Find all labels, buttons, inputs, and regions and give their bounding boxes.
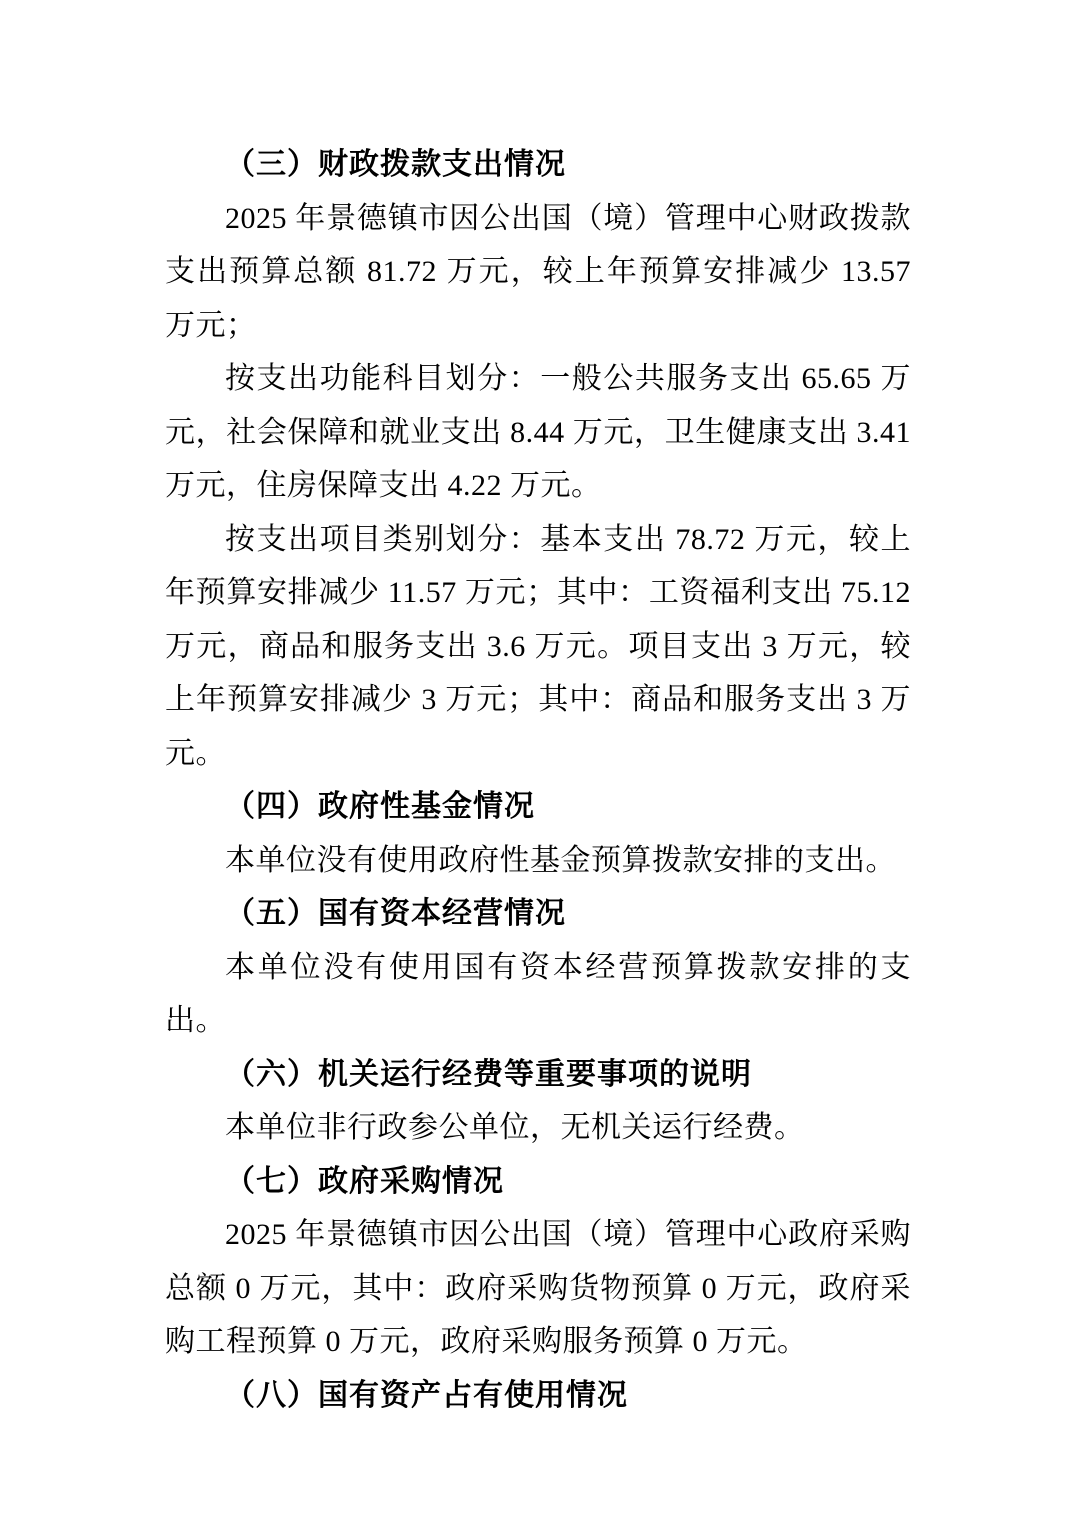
section-heading-state-assets-usage: （八）国有资产占有使用情况 bbox=[165, 1369, 911, 1423]
paragraph-expenditure-by-function: 按支出功能科目划分：一般公共服务支出 65.65 万元，社会保障和就业支出 8.… bbox=[165, 352, 911, 513]
section-heading-state-capital-operation: （五）国有资本经营情况 bbox=[165, 887, 911, 941]
paragraph-expenditure-by-project-category: 按支出项目类别划分：基本支出 78.72 万元，较上年预算安排减少 11.57 … bbox=[165, 513, 911, 781]
paragraph-government-procurement-detail: 2025 年景德镇市因公出国（境）管理中心政府采购总额 0 万元，其中：政府采购… bbox=[165, 1208, 911, 1369]
section-heading-fiscal-appropriation-expenditure: （三）财政拨款支出情况 bbox=[165, 138, 911, 192]
paragraph-operating-expenses-statement: 本单位非行政参公单位，无机关运行经费。 bbox=[165, 1101, 911, 1155]
section-heading-government-procurement: （七）政府采购情况 bbox=[165, 1155, 911, 1209]
document-text-block: （三）财政拨款支出情况 2025 年景德镇市因公出国（境）管理中心财政拨款支出预… bbox=[165, 138, 911, 1422]
section-heading-government-funds: （四）政府性基金情况 bbox=[165, 780, 911, 834]
paragraph-expenditure-budget-total: 2025 年景德镇市因公出国（境）管理中心财政拨款支出预算总额 81.72 万元… bbox=[165, 192, 911, 353]
paragraph-state-capital-statement: 本单位没有使用国有资本经营预算拨款安排的支出。 bbox=[165, 941, 911, 1048]
paragraph-government-funds-statement: 本单位没有使用政府性基金预算拨款安排的支出。 bbox=[165, 834, 911, 888]
document-page: （三）财政拨款支出情况 2025 年景德镇市因公出国（境）管理中心财政拨款支出预… bbox=[0, 0, 1074, 1520]
section-heading-operating-expenses-notes: （六）机关运行经费等重要事项的说明 bbox=[165, 1048, 911, 1102]
